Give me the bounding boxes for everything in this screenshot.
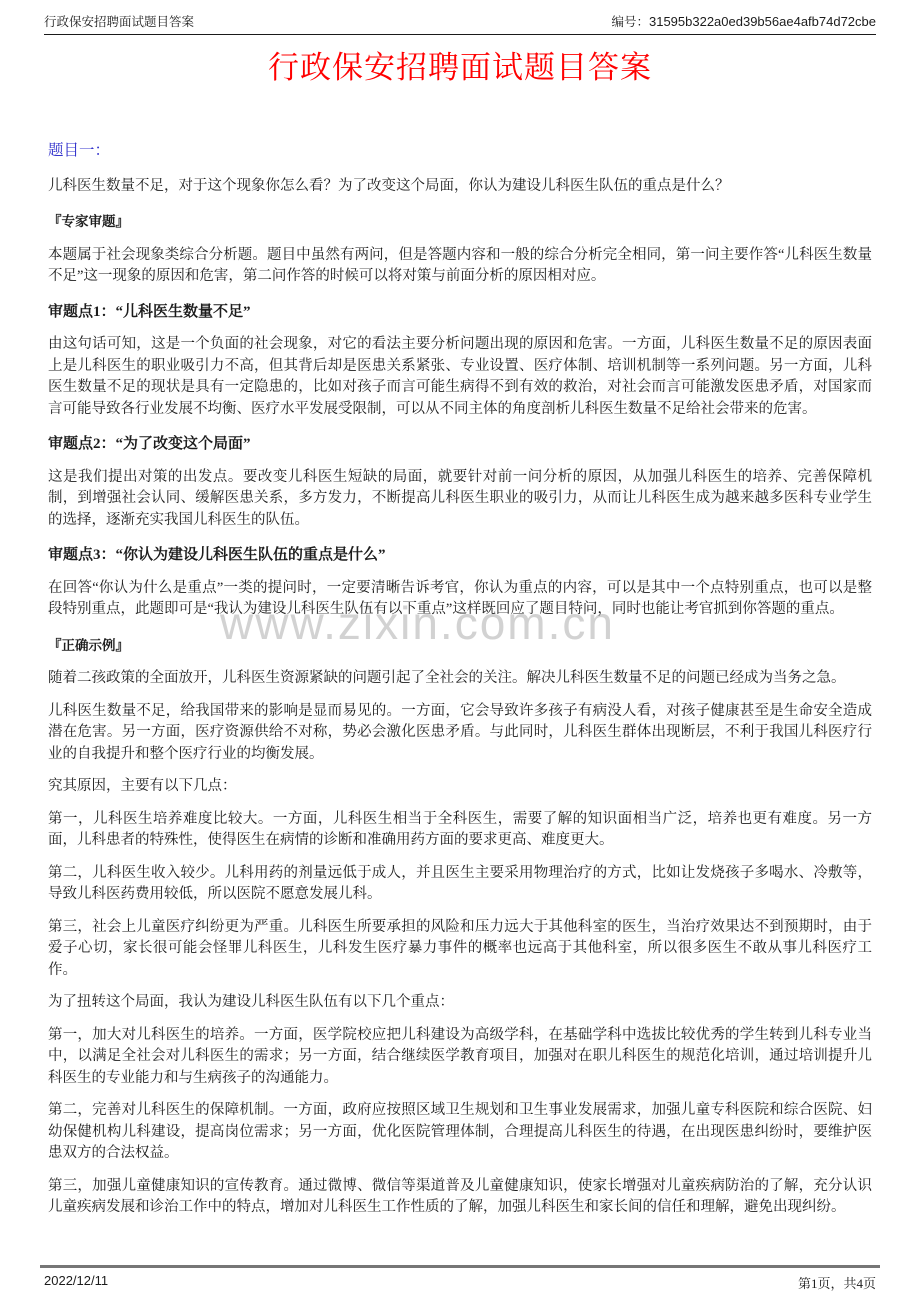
paragraph-example-8: 第一，加大对儿科医生的培养。一方面，医学院校应把儿科建设为高级学科，在基础学科中… <box>48 1025 872 1090</box>
paragraph-intro: 本题属于社会现象类综合分析题。题目中虽然有两问，但是答题内容和一般的综合分析完全… <box>48 245 872 288</box>
paragraph-example-10: 第三，加强儿童健康知识的宣传教育。通过微博、微信等渠道普及儿童健康知识，使家长增… <box>48 1176 872 1219</box>
document-page: 行政保安招聘面试题目答案 编号：31595b322a0ed39b56ae4afb… <box>0 0 920 1302</box>
paragraph-point2: 这是我们提出对策的出发点。要改变儿科医生短缺的局面，就要针对前一问分析的原因，从… <box>48 467 872 532</box>
paragraph-point1: 由这句话可知，这是一个负面的社会现象，对它的看法主要分析问题出现的原因和危害。一… <box>48 334 872 420</box>
paragraph-point3: 在回答“你认为什么是重点”一类的提问时，一定要清晰告诉考官，你认为重点的内容，可… <box>48 578 872 621</box>
expert-review-label: 『专家审题』 <box>48 211 872 233</box>
paragraph-example-7: 为了扭转这个局面，我认为建设儿科医生队伍有以下几个重点： <box>48 992 872 1014</box>
paragraph-example-5: 第二，儿科医生收入较少。儿科用药的剂量远低于成人，并且医生主要采用物理治疗的方式… <box>48 863 872 906</box>
paragraph-example-3: 究其原因，主要有以下几点： <box>48 776 872 798</box>
page-header: 行政保安招聘面试题目答案 编号：31595b322a0ed39b56ae4afb… <box>44 12 876 35</box>
heading-point3: 审题点3：“你认为建设儿科医生队伍的重点是什么” <box>48 545 872 567</box>
paragraph-example-6: 第三，社会上儿童医疗纠纷更为严重。儿科医生所要承担的风险和压力远大于其他科室的医… <box>48 917 872 982</box>
doc-number-label: 编号： <box>611 15 649 29</box>
header-doc-title: 行政保安招聘面试题目答案 <box>44 12 194 30</box>
footer-date: 2022/12/11 <box>44 1273 108 1292</box>
heading-point2: 审题点2：“为了改变这个局面” <box>48 434 872 456</box>
page-footer: 2022/12/11 第1页，共4页 <box>44 1273 876 1292</box>
paragraph-example-9: 第二，完善对儿科医生的保障机制。一方面，政府应按照区域卫生规划和卫生事业发展需求… <box>48 1100 872 1165</box>
paragraph-example-4: 第一，儿科医生培养难度比较大。一方面，儿科医生相当于全科医生，需要了解的知识面相… <box>48 809 872 852</box>
document-body: 题目一： 儿科医生数量不足，对于这个现象你怎么看？为了改变这个局面，你认为建设儿… <box>48 140 872 1230</box>
footer-divider <box>40 1265 880 1268</box>
question-label: 题目一： <box>48 140 872 162</box>
page-title: 行政保安招聘面试题目答案 <box>0 42 920 87</box>
paragraph-example-1: 随着二孩政策的全面放开，儿科医生资源紧缺的问题引起了全社会的关注。解决儿科医生数… <box>48 668 872 690</box>
footer-page-number: 第1页，共4页 <box>798 1273 876 1292</box>
question-text: 儿科医生数量不足，对于这个现象你怎么看？为了改变这个局面，你认为建设儿科医生队伍… <box>48 176 872 198</box>
doc-number-value: 31595b322a0ed39b56ae4afb74d72cbe <box>649 14 876 29</box>
correct-example-label: 『正确示例』 <box>48 635 872 657</box>
header-doc-number: 编号：31595b322a0ed39b56ae4afb74d72cbe <box>611 12 876 30</box>
paragraph-example-2: 儿科医生数量不足，给我国带来的影响是显而易见的。一方面，它会导致许多孩子有病没人… <box>48 701 872 766</box>
heading-point1: 审题点1：“儿科医生数量不足” <box>48 302 872 324</box>
